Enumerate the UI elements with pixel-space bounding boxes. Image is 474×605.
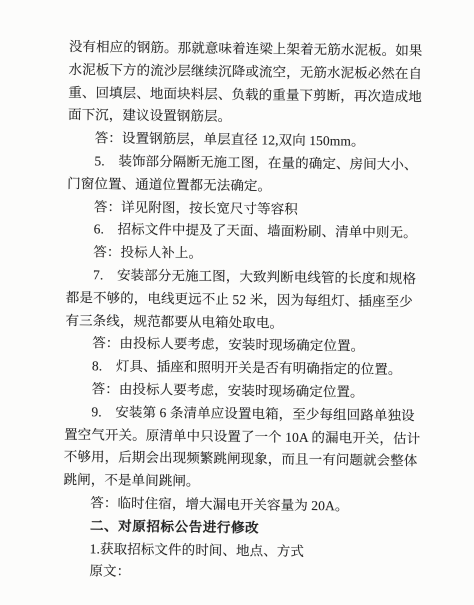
document-line: 原文： — [62, 560, 418, 587]
document-page: 没有相应的钢筋。那就意味着连梁上架着无筋水泥板。如果水泥板下方的流沙层继续沉降或… — [0, 0, 474, 605]
document-text-block: 没有相应的钢筋。那就意味着连梁上架着无筋水泥板。如果水泥板下方的流沙层继续沉降或… — [62, 36, 425, 587]
